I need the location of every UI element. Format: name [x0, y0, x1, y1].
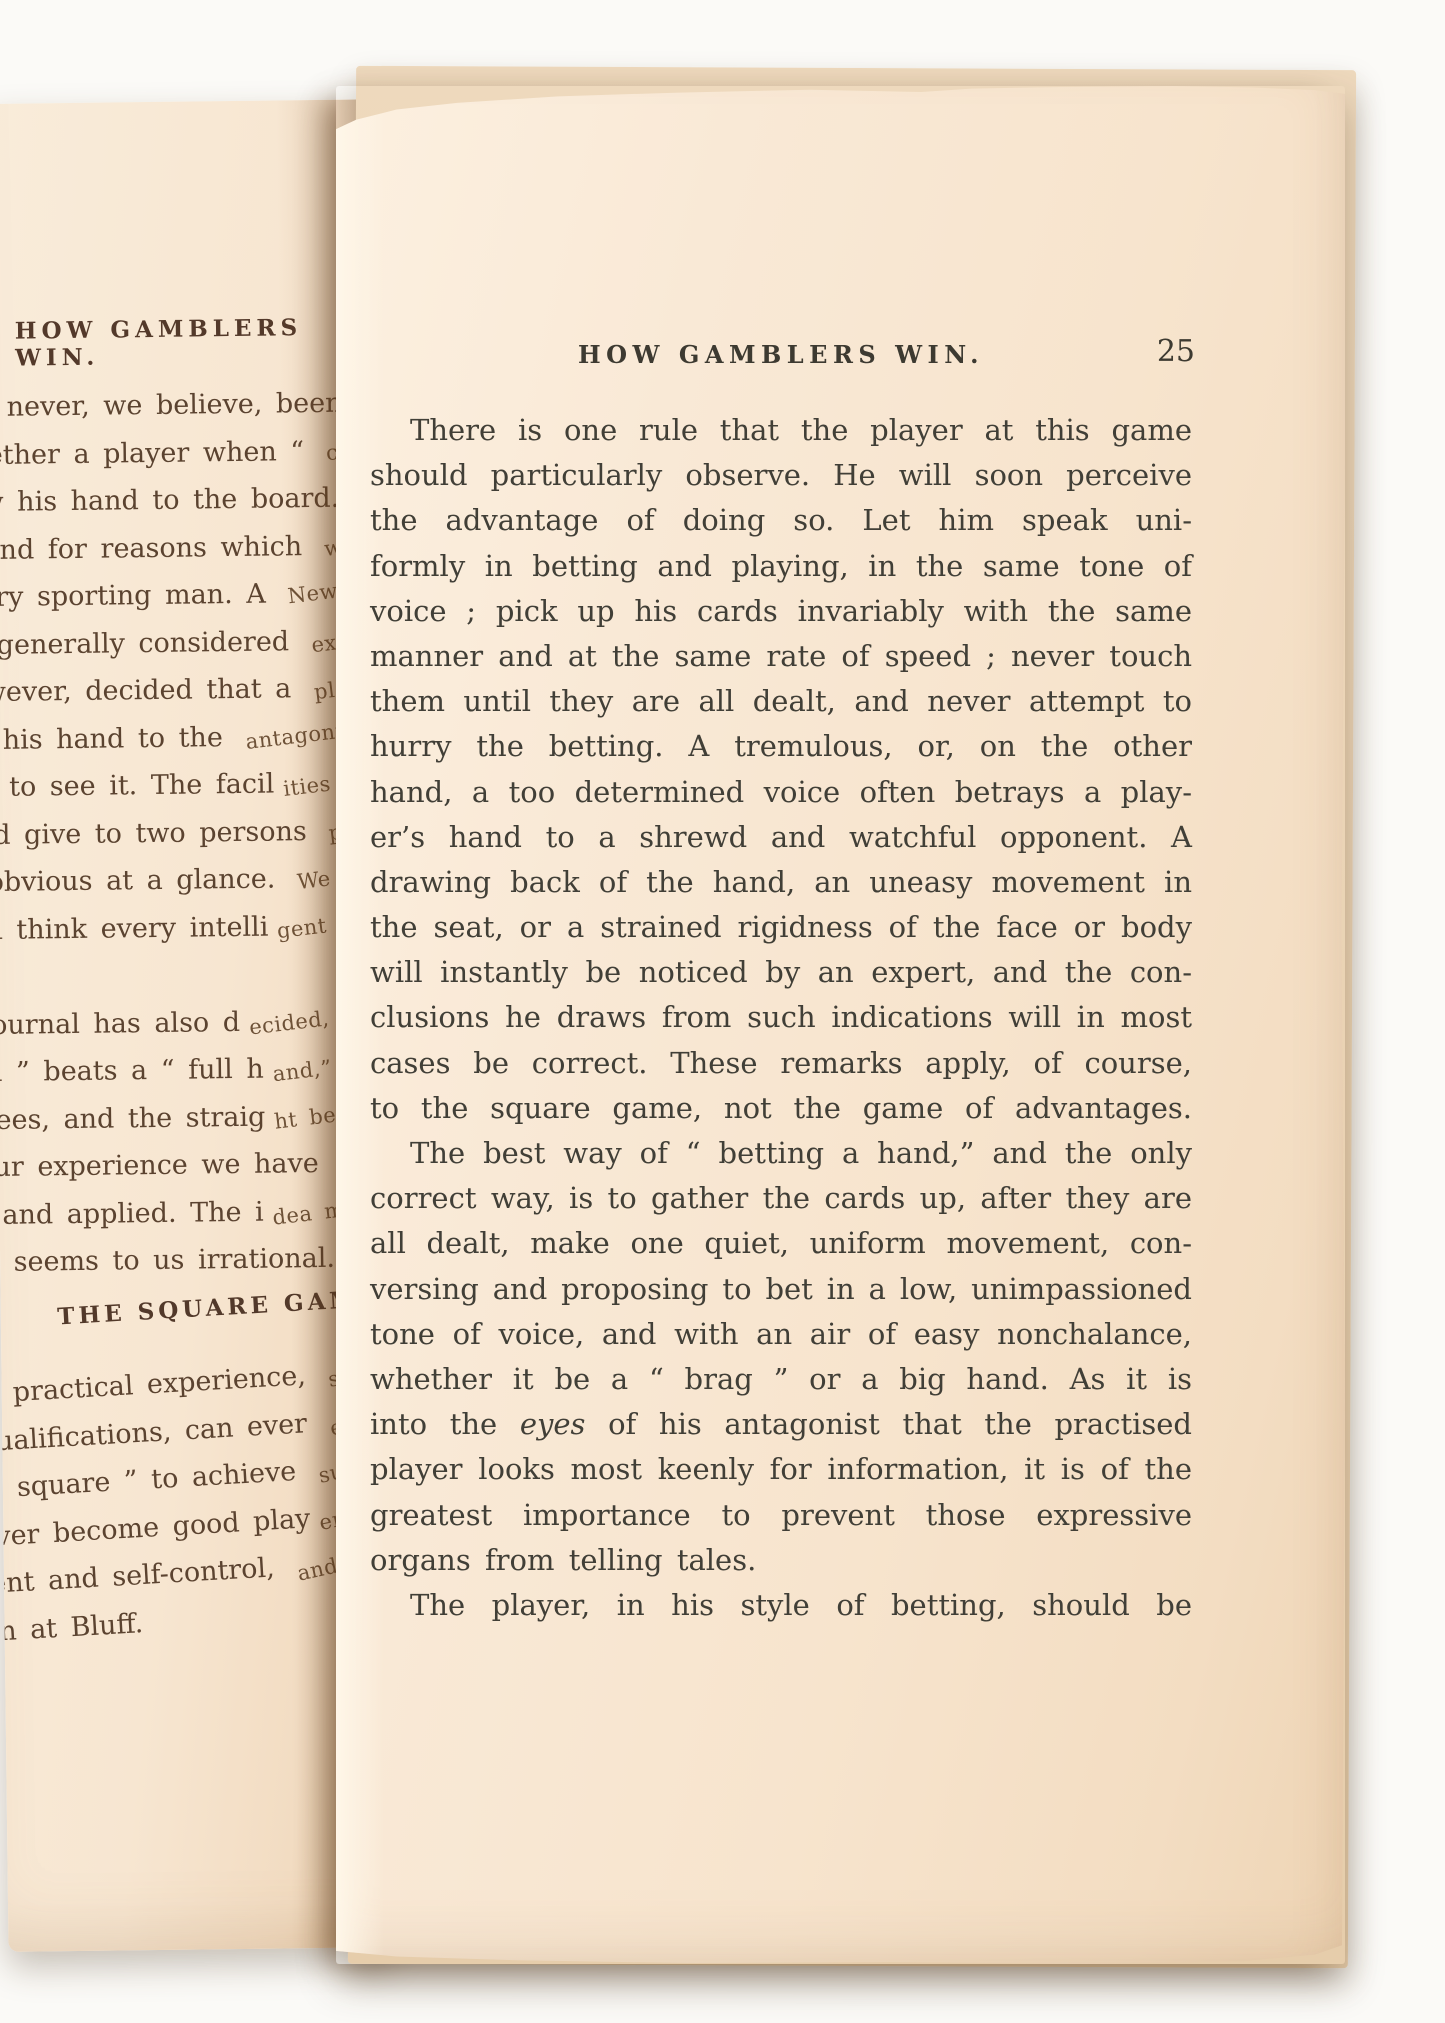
- text-line: whether it be a “ brag ” or a big hand. …: [370, 1357, 1192, 1402]
- text-line: The best way of “ betting a hand,” and t…: [370, 1131, 1192, 1176]
- text-run: of his antagonist that the practised: [585, 1407, 1192, 1441]
- text-line: the seat, or a strained rigidness of the…: [370, 905, 1192, 950]
- left-page: HOW GAMBLERS WIN. has never, we believe,…: [0, 99, 391, 1952]
- right-page: HOW GAMBLERS WIN. 25 There is one rule t…: [336, 86, 1345, 1964]
- text-run: ment and self-control,: [0, 1551, 289, 1601]
- text-line: into the eyes of his antagonist that the…: [370, 1402, 1192, 1447]
- photo-backdrop: { "book": { "left_page": { "running_head…: [0, 0, 1445, 2023]
- text-run: s, and for reasons which: [0, 531, 316, 566]
- text-run: threes, and the straig: [0, 1101, 265, 1136]
- text-line: player looks most keenly for information…: [370, 1447, 1192, 1492]
- text-line: The player, in his style of betting, sho…: [370, 1583, 1192, 1628]
- text-run: however, decided that a: [0, 673, 305, 708]
- text-run: ed and applied. The i: [0, 1196, 264, 1231]
- text-run: ow his hand to the: [0, 721, 237, 755]
- text-run: er, generally considered: [0, 626, 303, 661]
- text-line: tone of voice, and with an air of easy n…: [370, 1312, 1192, 1357]
- text-line: formly in betting and playing, in the sa…: [370, 544, 1192, 589]
- text-line: will instantly be noticed by an expert, …: [370, 950, 1192, 995]
- right-text-column: There is one rule that the player at thi…: [370, 408, 1192, 1628]
- text-run: is obvious at a glance.: [0, 863, 289, 898]
- text-line: greatest importance to prevent those exp…: [370, 1493, 1192, 1538]
- right-page-paper: HOW GAMBLERS WIN. 25 There is one rule t…: [336, 86, 1345, 1964]
- text-line: them until they are all dealt, and never…: [370, 679, 1192, 724]
- right-page-content: HOW GAMBLERS WIN. 25 There is one rule t…: [336, 86, 1345, 1964]
- text-line: all dealt, make one quiet, uniform movem…: [370, 1221, 1192, 1266]
- text-line: drawing back of the hand, an uneasy move…: [370, 860, 1192, 905]
- left-page-paper: HOW GAMBLERS WIN. has never, we believe,…: [0, 99, 391, 1952]
- text-line: cases be correct. These remarks apply, o…: [370, 1041, 1192, 1086]
- text-line: versing and proposing to bet in a low, u…: [370, 1267, 1192, 1312]
- right-paragraph: The best way of “ betting a hand,” and t…: [370, 1131, 1192, 1583]
- text-run: ush ” beats a “ full h: [0, 1054, 264, 1089]
- text-line: organs from telling tales.: [370, 1538, 1192, 1583]
- text-run: win at Bluff.: [0, 1607, 144, 1648]
- text-run: every sporting man. A: [0, 578, 280, 613]
- text-line: hurry the betting. A tremulous, or, on t…: [370, 724, 1192, 769]
- text-run: and think every intelli: [0, 911, 269, 946]
- text-run: into the: [370, 1407, 520, 1441]
- text-line: There is one rule that the player at thi…: [370, 408, 1192, 453]
- text-line: hand, a too determined voice often betra…: [370, 770, 1192, 815]
- right-running-head: HOW GAMBLERS WIN.: [370, 340, 1192, 369]
- text-line: should particularly observe. He will soo…: [370, 453, 1192, 498]
- text-line: to the square game, not the game of adva…: [370, 1086, 1192, 1131]
- text-line: clusions he draws from such indications …: [370, 995, 1192, 1040]
- text-line: manner and at the same rate of speed ; n…: [370, 634, 1192, 679]
- text-run: ays to see it. The facil: [0, 769, 274, 804]
- text-run: t it seems to us irrational.: [0, 1243, 335, 1279]
- italic-text-run: eyes: [520, 1407, 586, 1441]
- text-run: ould give to two persons: [0, 815, 321, 851]
- right-paragraph: The player, in his style of betting, sho…: [370, 1583, 1192, 1628]
- right-paragraph: There is one rule that the player at thi…: [370, 408, 1192, 1131]
- text-run: whether a player when “: [0, 435, 318, 471]
- page-number: 25: [1157, 334, 1195, 369]
- text-line: er’s hand to a shrewd and watchful oppon…: [370, 815, 1192, 860]
- text-run: e journal has also d: [0, 1006, 240, 1041]
- text-run: l our experience we have: [0, 1148, 333, 1184]
- text-line: correct way, is to gather the cards up, …: [370, 1176, 1192, 1221]
- text-line: the advantage of doing so. Let him speak…: [370, 498, 1192, 543]
- text-line: voice ; pick up his cards invariably wit…: [370, 589, 1192, 634]
